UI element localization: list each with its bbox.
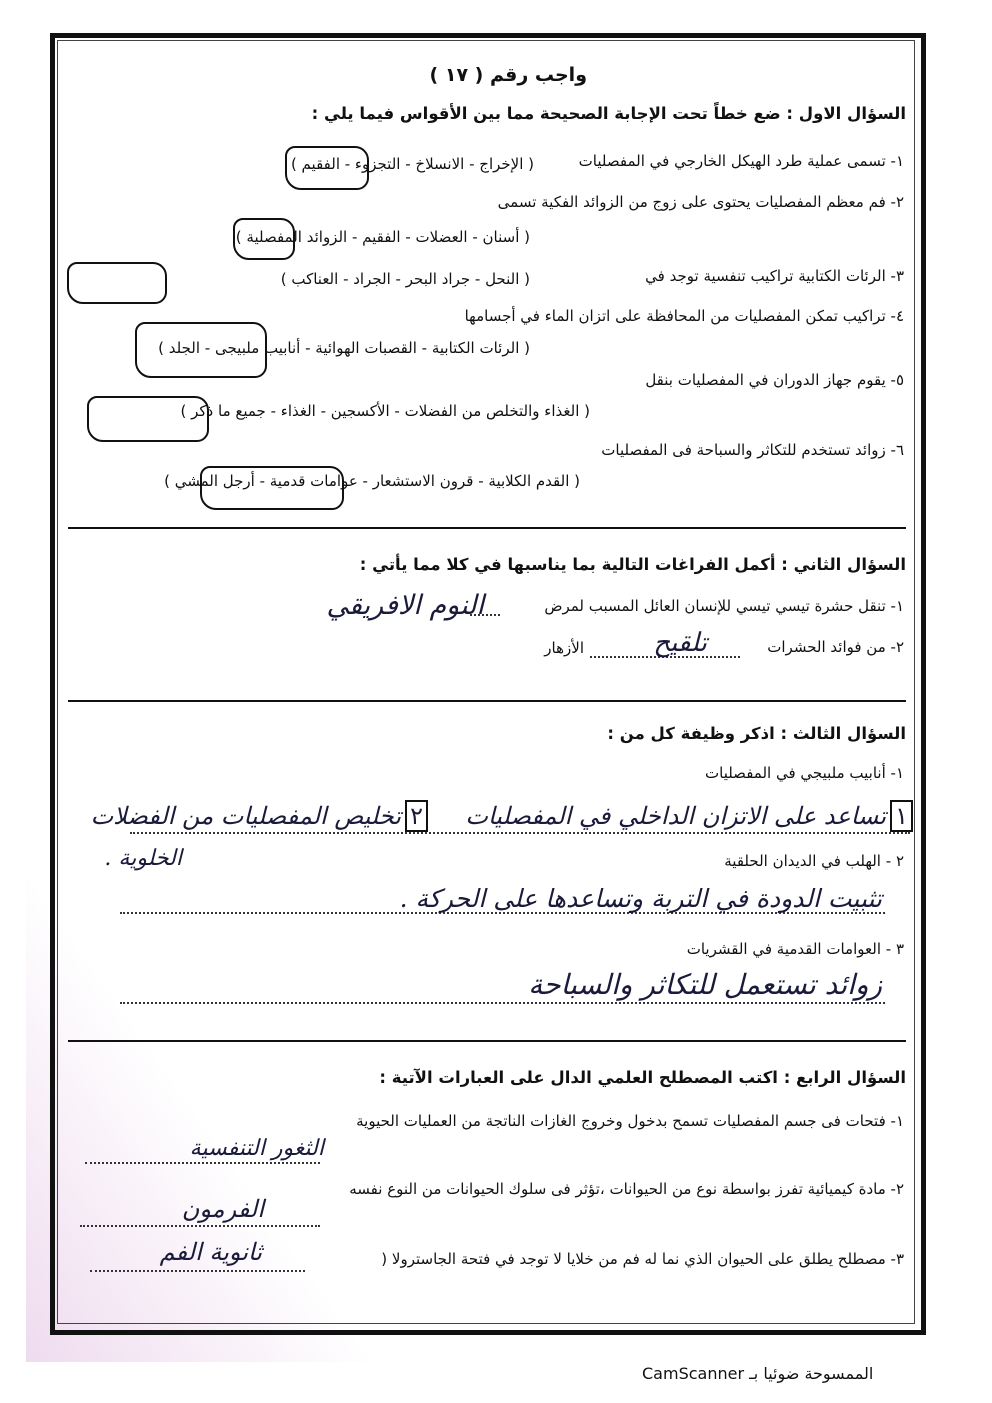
q4-item1-handwritten-answer: الثغور التنفسية: [190, 1136, 324, 1161]
q2-item2-stem: ٢- من فوائد الحشرات: [767, 638, 904, 656]
q1-item1-answer-circle: [285, 146, 369, 190]
q1-item6-stem: ٦- زوائد تستخدم للتكاثر والسباحة فى المف…: [601, 441, 904, 459]
q3-item1-handwritten-answer-2: ٢تخليص المفصليات من الفضلات: [91, 800, 432, 832]
q3-heading: السؤال الثالث : اذكر وظيفة كل من :: [607, 724, 906, 743]
q4-item2-stem: ٢- مادة كيميائية تفرز بواسطة نوع من الحي…: [349, 1180, 904, 1198]
q4-item3-stem: ٣- مصطلح يطلق على الحيوان الذي نما له فم…: [381, 1250, 904, 1268]
q3-item1-stem: ١- أنابيب ملبيجي في المفصليات: [705, 764, 904, 782]
q3-item1-handwritten-continuation: الخلوية .: [104, 846, 182, 871]
q4-item1-blank: [85, 1162, 320, 1164]
q4-item3-blank: [90, 1270, 305, 1272]
q4-item2-blank: [80, 1225, 320, 1227]
q1-item2-answer-circle: [233, 218, 295, 260]
q1-item2-stem: ٢- فم معظم المفصليات يحتوى على زوج من ال…: [498, 193, 904, 211]
q1-item4-answer-circle: [135, 322, 267, 378]
q1-item6-answer-circle: [200, 466, 344, 510]
answer-number-box: ٢: [405, 800, 428, 832]
section-divider-1: [68, 527, 906, 529]
q1-item1-stem: ١- تسمى عملية طرد الهيكل الخارجي في المف…: [579, 152, 904, 170]
q1-item3-stem: ٣- الرئات الكتابية تراكيب تنفسية توجد في: [645, 267, 904, 285]
camscanner-watermark: الممسوحة ضوئيا بـ CamScanner: [642, 1364, 873, 1383]
q1-item5-options: ( الغذاء والتخلص من الفضلات - الأكسجين -…: [181, 402, 590, 420]
q1-item5-answer-circle: [87, 396, 209, 442]
q2-item2-tail: الأزهار: [544, 639, 584, 657]
q3-item2-handwritten-answer: تثبيت الدودة في التربة وتساعدها على الحر…: [400, 884, 882, 913]
q3-item3-answer-line: [120, 1002, 885, 1004]
q1-heading: السؤال الاول : ضع خطاً تحت الإجابة الصحي…: [312, 104, 906, 123]
homework-title: واجب رقم ( ١٧ ): [430, 64, 587, 86]
q4-item3-handwritten-answer: ثانوية الفم: [160, 1238, 262, 1266]
q3-item1-handwritten-answer-1: ١تساعد على الاتزان الداخلي في المفصليات: [465, 800, 917, 832]
q1-item5-stem: ٥- يقوم جهاز الدوران في المفصليات بنقل: [645, 371, 904, 389]
q4-heading: السؤال الرابع : اكتب المصطلح العلمي الدا…: [379, 1068, 906, 1087]
q3-item3-stem: ٣ - العوامات القدمية في القشريات: [687, 940, 904, 958]
q4-item2-handwritten-answer: الفرمون: [182, 1195, 264, 1223]
q2-item1-handwritten-answer: النوم الافريقي: [326, 590, 484, 621]
q2-item2-handwritten-answer: تلقيح: [653, 628, 707, 658]
q3-item1-answer-line: [130, 832, 910, 834]
answer-number-box: ١: [890, 800, 913, 832]
q2-item1-stem: ١- تنقل حشرة تيسي تيسي للإنسان العائل ال…: [544, 597, 904, 615]
section-divider-3: [68, 1040, 906, 1042]
q1-item3-answer-circle: [67, 262, 167, 304]
section-divider-2: [68, 700, 906, 702]
q1-item3-options: ( النحل - جراد البحر - الجراد - العناكب …: [281, 270, 530, 288]
q1-item4-stem: ٤- تراكيب تمكن المفصليات من المحافظة على…: [465, 307, 904, 325]
q4-item1-stem: ١- فتحات فى جسم المفصليات تسمح بدخول وخر…: [356, 1112, 904, 1130]
q3-item3-handwritten-answer: زوائد تستعمل للتكاثر والسباحة: [528, 968, 882, 1001]
q2-heading: السؤال الثاني : أكمل الفراغات التالية بم…: [360, 555, 906, 574]
q3-item2-stem: ٢ - الهلب في الديدان الحلقية: [724, 852, 904, 870]
